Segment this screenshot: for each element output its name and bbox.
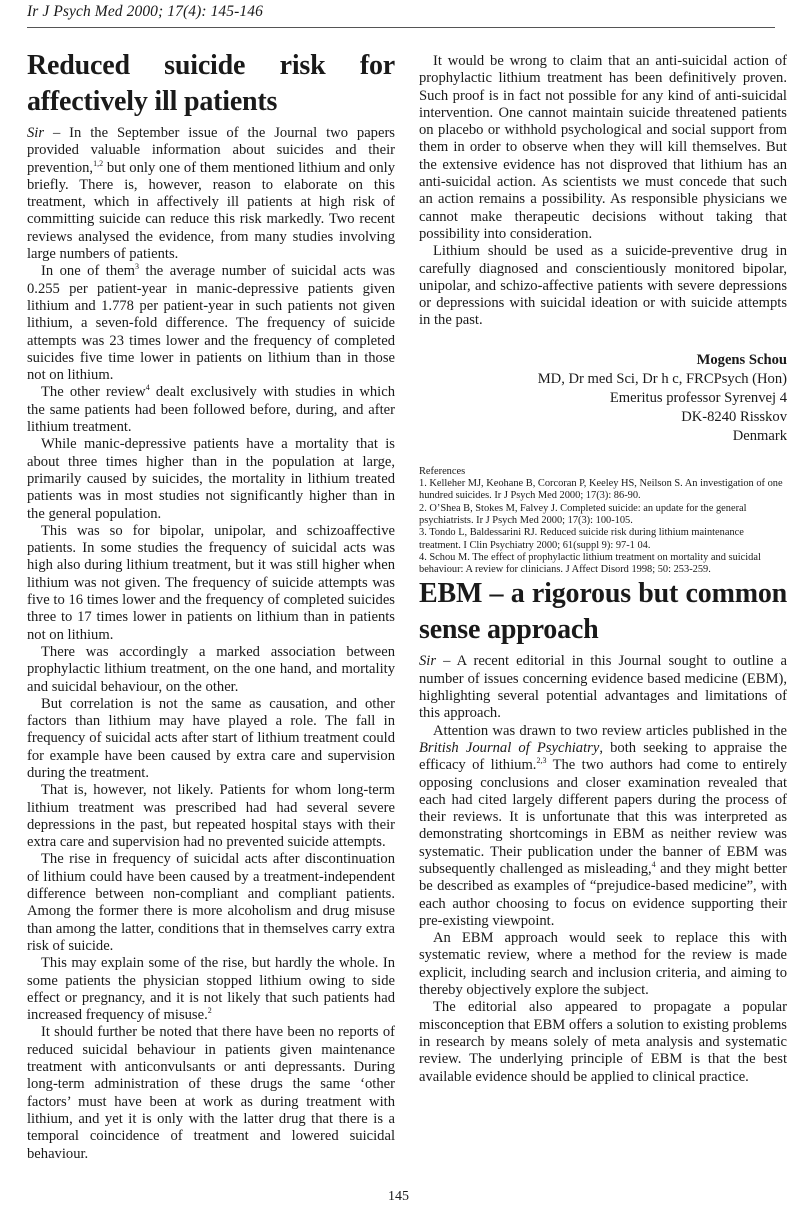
citation: 1,2	[93, 159, 103, 168]
reference-item: 2. O’Shea B, Stokes M, Falvey J. Complet…	[419, 503, 787, 528]
paragraph: But correlation is not the same as causa…	[27, 696, 395, 782]
salutation: Sir	[27, 125, 44, 141]
reference-item: 4. Schou M. The effect of prophylactic l…	[419, 552, 787, 577]
paragraph: That is, however, not likely. Patients f…	[27, 782, 395, 851]
paragraph: There was accordingly a marked associati…	[27, 644, 395, 696]
reference-item: 1. Kelleher MJ, Keohane B, Corcoran P, K…	[419, 478, 787, 503]
salutation: Sir	[419, 653, 436, 669]
paragraph: Sir – In the September issue of the Jour…	[27, 125, 395, 263]
paragraph: Lithium should be used as a suicide-prev…	[419, 243, 787, 329]
left-column: Reduced suicide risk for affectively ill…	[27, 48, 395, 1163]
author-country: Denmark	[419, 427, 787, 446]
paragraph: An EBM approach would seek to replace th…	[419, 930, 787, 999]
paragraph: Sir – A recent editorial in this Journal…	[419, 653, 787, 722]
paragraph: The rise in frequency of suicidal acts a…	[27, 851, 395, 955]
reference-item: 3. Tondo L, Baldessarini RJ. Reduced sui…	[419, 527, 787, 552]
citation: 2	[208, 1006, 212, 1015]
paragraph: This may explain some of the rise, but h…	[27, 955, 395, 1024]
journal-name: British Journal of Psychiatry	[419, 740, 599, 756]
author-address-line2: DK-8240 Risskov	[419, 408, 787, 427]
paragraph: In one of them3 the average number of su…	[27, 263, 395, 384]
paragraph: This was so for bipolar, unipolar, and s…	[27, 523, 395, 644]
citation: 2,3	[536, 756, 546, 765]
paragraph: The editorial also appeared to propagate…	[419, 999, 787, 1085]
article-title-ebm: EBM – a rigorous but common sense approa…	[419, 576, 787, 648]
author-name: Mogens Schou	[419, 351, 787, 370]
header-rule	[27, 27, 775, 28]
author-signature: Mogens Schou MD, Dr med Sci, Dr h c, FRC…	[419, 351, 787, 446]
references: References 1. Kelleher MJ, Keohane B, Co…	[419, 466, 787, 577]
paragraph: It would be wrong to claim that an anti-…	[419, 53, 787, 243]
page-number: 145	[388, 1189, 409, 1205]
references-title: References	[419, 466, 787, 478]
article-title-lithium: Reduced suicide risk for affectively ill…	[27, 48, 395, 120]
paragraph: While manic-depressive patients have a m…	[27, 436, 395, 522]
paragraph: It should further be noted that there ha…	[27, 1024, 395, 1162]
paragraph: Attention was drawn to two review articl…	[419, 723, 787, 931]
running-head: Ir J Psych Med 2000; 17(4): 145-146	[27, 3, 263, 21]
author-address-line1: Emeritus professor Syrenvej 4	[419, 389, 787, 408]
paragraph: The other review4 dealt exclusively with…	[27, 384, 395, 436]
right-column: It would be wrong to claim that an anti-…	[419, 53, 787, 1086]
author-credentials: MD, Dr med Sci, Dr h c, FRCPsych (Hon)	[419, 370, 787, 389]
